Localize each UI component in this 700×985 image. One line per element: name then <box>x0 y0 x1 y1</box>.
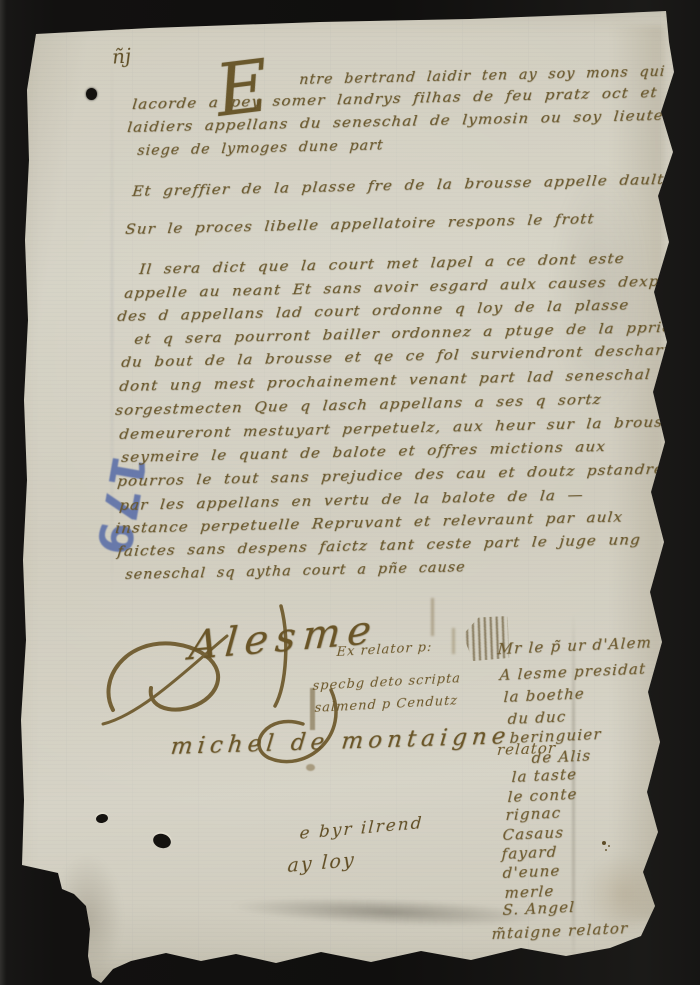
side-note: salmend p Cendutz <box>314 693 458 716</box>
ink-drip <box>431 598 434 636</box>
list-item: merle <box>504 882 555 902</box>
side-note: Ex relator p: <box>336 640 433 661</box>
text-line: instance perpetuelle Repruvant et relevr… <box>114 509 623 537</box>
list-item: S. Angel <box>502 898 575 919</box>
text-line: Il sera dict que la court met lapel a ce… <box>138 251 625 278</box>
text-line: appelle au neant Et sans avoir esgard au… <box>123 273 687 302</box>
list-item: rignac <box>505 804 562 824</box>
text-line: Sur le proces libelle appellatoire respo… <box>124 211 595 238</box>
stain <box>583 852 663 936</box>
closing-line: ay loy <box>287 851 356 876</box>
text-line: sorgestmecten Que q lasch appellans a se… <box>114 392 602 419</box>
worm-hole <box>86 88 97 100</box>
ink-drip <box>452 628 455 654</box>
list-item: fayard <box>501 843 558 863</box>
manuscript-page: ñj 179 E ntre bertrand laidir ten ay soy… <box>0 0 700 985</box>
bottom-smudge <box>230 894 546 931</box>
edge-stain <box>612 25 664 920</box>
list-item: la boethe <box>503 684 585 706</box>
decorated-initial: E <box>212 49 273 127</box>
list-item: m̃taigne relator <box>491 919 629 943</box>
paper-hole <box>151 832 172 851</box>
text-line: faictes sans despens faictz tant ceste p… <box>116 532 641 560</box>
list-item: beringuier <box>509 725 602 747</box>
text-line: dont ung mest prochainement venant part … <box>118 366 680 395</box>
stain <box>552 165 647 415</box>
list-item: du duc <box>507 707 567 728</box>
text-line: seneschal sq aytha court a pñe cause <box>125 559 467 583</box>
text-line: demeureront mestuyart perpetuelz, aux he… <box>118 414 682 443</box>
list-item: Casaus <box>502 823 564 844</box>
archival-number: 179 <box>89 452 152 560</box>
list-item: A lesme presidat <box>499 660 646 684</box>
paper-hole <box>95 813 108 824</box>
montaigne-relator-label: relator <box>496 741 556 758</box>
text-line: du bout de la brousse et qe ce fol survi… <box>120 342 690 371</box>
side-note: specbg deto scripta <box>312 671 461 694</box>
text-line: par les appellans en vertu de la balote … <box>118 487 584 514</box>
tear-shading <box>52 855 122 980</box>
alesme-signature: Alesme <box>95 592 425 792</box>
margin-crease <box>111 45 113 605</box>
list-item: le conte <box>507 785 578 806</box>
text-line: seymeire le quant de balote et offres mi… <box>120 439 606 466</box>
closing-line: e byr ilrend <box>299 815 424 843</box>
text-line: lacorde a pey somer landrys filhas de fe… <box>131 84 700 113</box>
text-line: siege de lymoges dune part <box>137 137 385 159</box>
ink-blot <box>306 764 315 771</box>
folio-mark: ñj <box>111 45 131 66</box>
list-item: de Alis <box>531 746 592 767</box>
list-item: Mr le p̃ ur d'Alem <box>497 633 652 658</box>
ink-speck <box>602 841 606 845</box>
montaigne-signature: michel de montaigne <box>169 725 511 759</box>
manuscript-photo: ñj 179 E ntre bertrand laidir ten ay soy… <box>0 0 700 985</box>
fold-crease <box>572 612 575 964</box>
signature-flourish <box>95 592 425 792</box>
text-line: laidiers appellans du seneschal de lymos… <box>126 106 700 136</box>
text-line: pourros le tout sans prejudice des cau e… <box>116 462 664 491</box>
text-line: des d appellans lad court ordonne q loy … <box>116 297 630 325</box>
text-line: ntre bertrand laidir ten ay soy mons qui… <box>299 61 700 88</box>
ink-drip <box>310 688 315 730</box>
text-line: Et greffier de la plasse fre de la brous… <box>131 172 683 201</box>
list-item: la taste <box>511 765 577 786</box>
ink-scribble <box>460 612 517 667</box>
alesme-name: Alesme <box>187 609 379 666</box>
binding-gutter <box>0 0 7 985</box>
list-item: d'eune <box>502 861 561 882</box>
text-line: et q sera pourront bailler ordonnez a pt… <box>133 320 672 348</box>
